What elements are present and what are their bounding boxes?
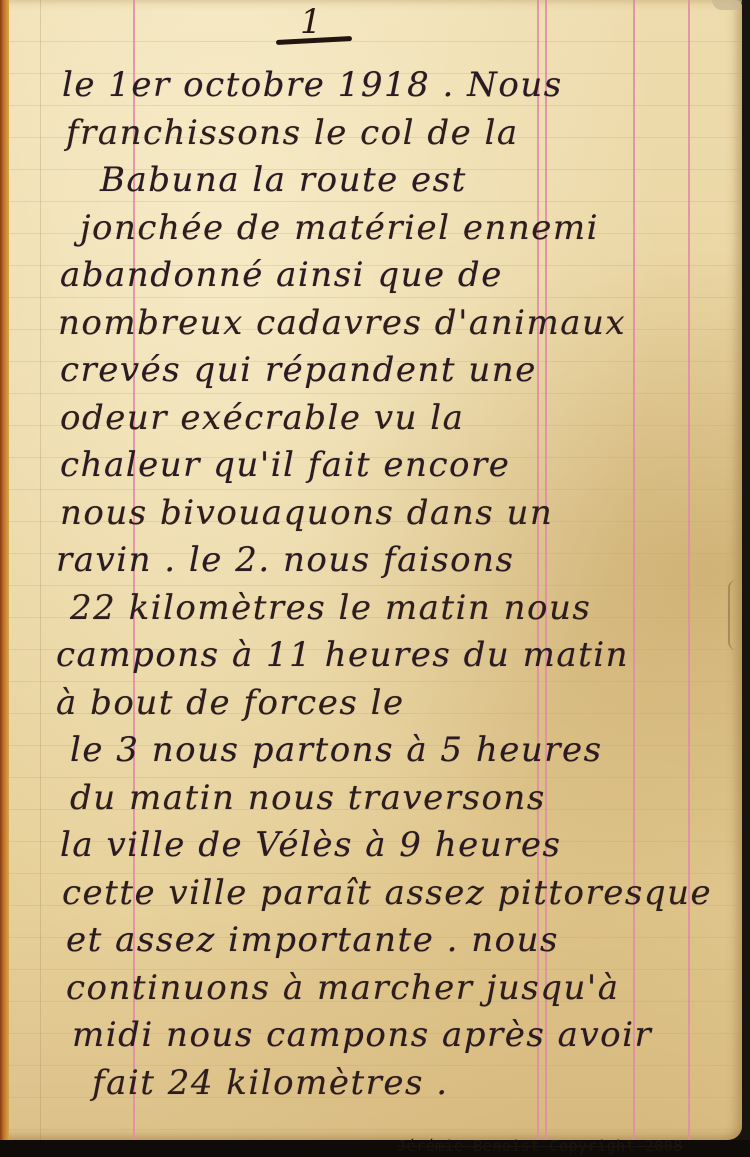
text-line: la ville de Vélès à 9 heures: [56, 822, 736, 870]
text-line: fait 24 kilomètres .: [56, 1060, 736, 1108]
text-line: nous bivouaquons dans un: [56, 490, 736, 538]
text-line: jonchée de matériel ennemi: [56, 205, 736, 253]
text-line: 22 kilomètres le matin nous: [56, 585, 736, 633]
text-line: et assez importante . nous: [56, 917, 736, 965]
copyright-watermark: Jérémie Benoist Copyright 2008: [397, 1137, 683, 1155]
text-line: odeur exécrable vu la: [56, 395, 736, 443]
text-line: chaleur qu'il fait encore: [56, 442, 736, 490]
text-line: crevés qui répandent une: [56, 347, 736, 395]
text-line: cette ville paraît assez pittoresque: [56, 870, 736, 918]
text-line: ravin . le 2. nous faisons: [56, 537, 736, 585]
text-line: franchissons le col de la: [56, 110, 736, 158]
text-line: abandonné ainsi que de: [56, 252, 736, 300]
page-number: 1: [300, 2, 322, 42]
text-line: le 3 nous partons à 5 heures: [56, 727, 736, 775]
text-line: continuons à marcher jusqu'à: [56, 965, 736, 1013]
text-line: Babuna la route est: [56, 157, 736, 205]
text-line: le 1er octobre 1918 . Nous: [56, 62, 736, 110]
text-line: nombreux cadavres d'animaux: [56, 300, 736, 348]
notebook-spine: [0, 0, 9, 1140]
diary-page: 1 le 1er octobre 1918 . Nous franchisson…: [0, 0, 742, 1140]
text-line: campons à 11 heures du matin: [56, 632, 736, 680]
handwritten-text: le 1er octobre 1918 . Nous franchissons …: [56, 62, 736, 1107]
text-line: du matin nous traversons: [56, 775, 736, 823]
text-line: midi nous campons après avoir: [56, 1012, 736, 1060]
text-line: à bout de forces le: [56, 680, 736, 728]
